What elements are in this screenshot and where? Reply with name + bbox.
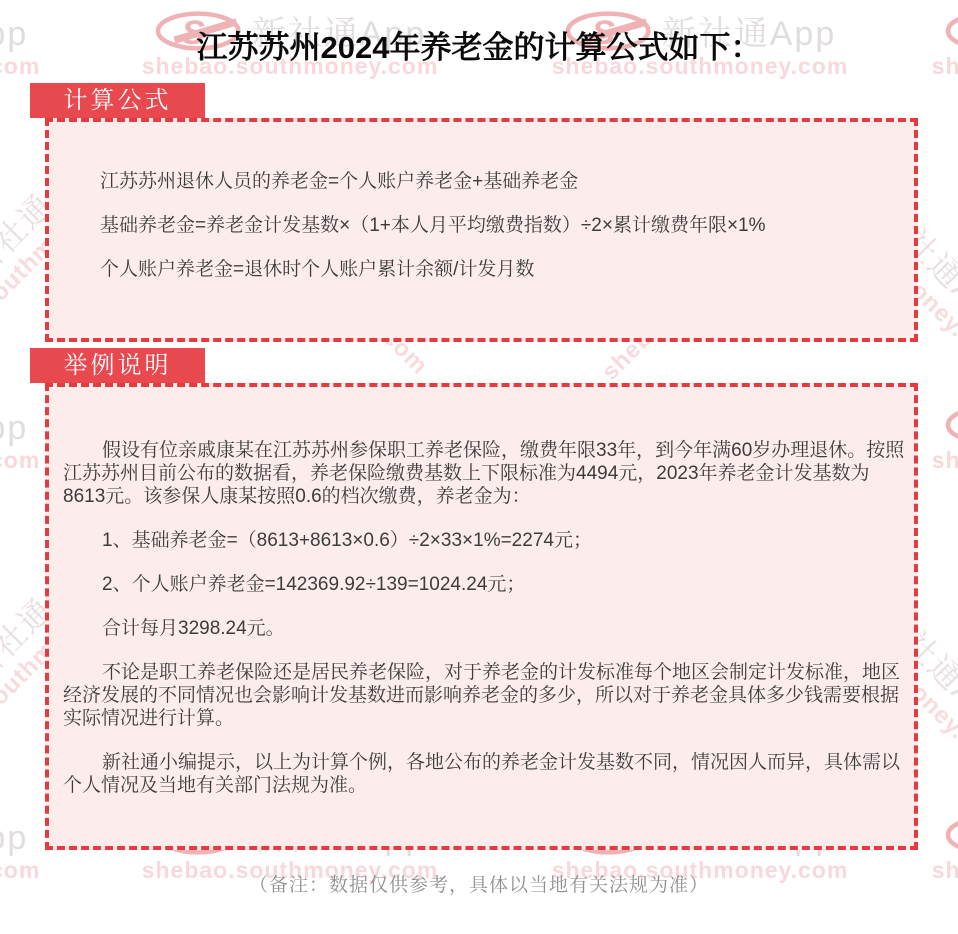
formula-box-content: 江苏苏州退休人员的养老金=个人账户养老金+基础养老金 基础养老金=养老金计发基数… — [45, 118, 918, 281]
example-paragraph: 新社通小编提示，以上为计算个例，各地公布的养老金计发基数不同，情况因人而异，具体… — [63, 751, 906, 797]
example-paragraph: 不论是职工养老保险还是居民养老保险，对于养老金的计发标准每个地区会制定计发标准，… — [63, 661, 906, 730]
watermark-logo-row: S 新社通App — [0, 400, 28, 449]
watermark: S 新社通App shebao.southmoney.com — [0, 400, 42, 474]
example-paragraph: 假设有位亲戚康某在江苏苏州参保职工养老保险，缴费年限33年，到今年满60岁办理退… — [63, 439, 906, 508]
watermark: S 新社通App shebao.southmoney.com — [930, 400, 958, 474]
page-root: S 新社通App shebao.southmoney.com S 新社通App … — [0, 0, 958, 934]
example-box: 假设有位亲戚康某在江苏苏州参保职工养老保险，缴费年限33年，到今年满60岁办理退… — [45, 383, 918, 850]
watermark-brand-text: 新社通App — [0, 810, 28, 859]
example-item-personal-account: 2、个人账户养老金=142369.92÷139=1024.24元； — [63, 573, 906, 596]
page-title: 江苏苏州2024年养老金的计算公式如下： — [0, 22, 958, 67]
watermark-logo-row: S 新社通App — [944, 810, 958, 859]
watermark-brand-text: 新社通App — [0, 400, 28, 449]
watermark-url-text: shebao.southmoney.com — [932, 447, 958, 474]
formula-line: 基础养老金=养老金计发基数×（1+本人月平均缴费指数）÷2×累计缴费年限×1% — [100, 214, 903, 237]
watermark-logo-row: S 新社通App — [0, 810, 28, 859]
section-badge-formula: 计算公式 — [30, 83, 205, 118]
watermark-url-text: shebao.southmoney.com — [0, 447, 40, 474]
section-badge-example: 举例说明 — [30, 348, 205, 383]
formula-box: 江苏苏州退休人员的养老金=个人账户养老金+基础养老金 基础养老金=养老金计发基数… — [45, 118, 918, 342]
example-item-total: 合计每月3298.24元。 — [63, 617, 906, 640]
example-box-content: 假设有位亲戚康某在江苏苏州参保职工养老保险，缴费年限33年，到今年满60岁办理退… — [45, 383, 918, 797]
watermark-logo-row: S 新社通App — [944, 400, 958, 449]
brand-swoosh-logo-icon: S — [944, 404, 958, 446]
formula-line: 江苏苏州退休人员的养老金=个人账户养老金+基础养老金 — [100, 170, 903, 193]
formula-line: 个人账户养老金=退休时个人账户累计余额/计发月数 — [100, 258, 903, 281]
brand-swoosh-logo-icon: S — [944, 814, 958, 856]
footer-note: （备注：数据仅供参考，具体以当地有关法规为准） — [0, 870, 958, 897]
example-item-basic-pension: 1、基础养老金=（8613+8613×0.6）÷2×33×1%=2274元； — [63, 529, 906, 552]
